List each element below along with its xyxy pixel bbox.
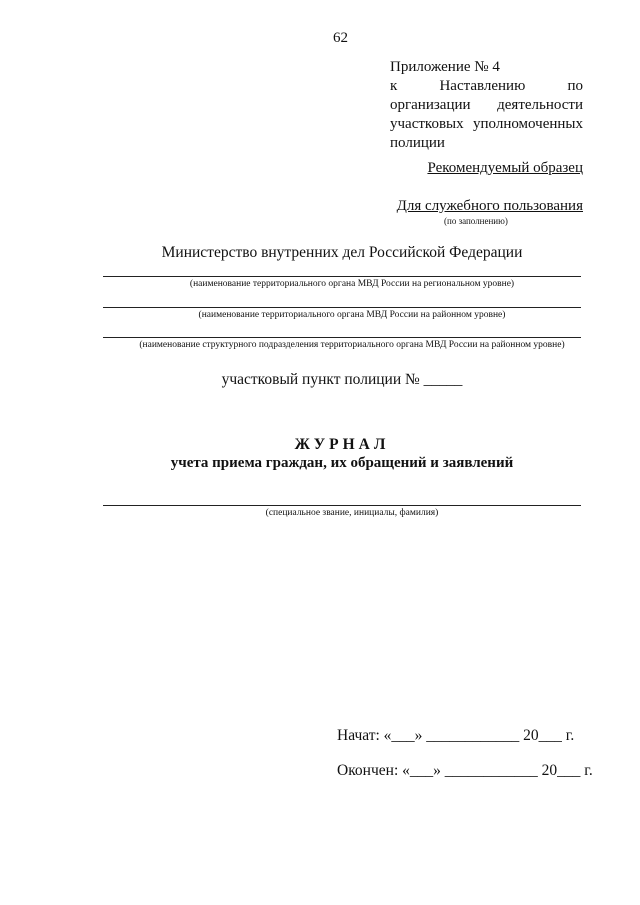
- journal-title: ЖУРНАЛ: [0, 436, 640, 454]
- journal-subtitle: учета приема граждан, их обращений и зая…: [0, 455, 640, 472]
- page-number: 62: [333, 30, 348, 47]
- appendix-line-5: полиции: [390, 134, 583, 153]
- restricted-use-label: Для служебного пользования: [397, 198, 583, 215]
- started-date: Начат: «___» ____________ 20___ г.: [337, 727, 574, 745]
- word: деятельности: [497, 96, 583, 115]
- word: уполномоченных: [473, 115, 583, 134]
- finished-date: Окончен: «___» ____________ 20___ г.: [337, 762, 593, 780]
- ministry-name: Министерство внутренних дел Российской Ф…: [0, 244, 640, 262]
- officer-line: [103, 505, 581, 506]
- appendix-line-1: Приложение № 4: [390, 58, 583, 77]
- appendix-header: Приложение № 4 к Наставлению по организа…: [390, 58, 583, 153]
- appendix-line-3: организации деятельности: [390, 96, 583, 115]
- word: участковых: [390, 115, 464, 134]
- police-post-number: участковый пункт полиции № _____: [0, 371, 640, 389]
- regional-body-caption: (наименование территориального органа МВ…: [60, 279, 640, 289]
- appendix-line-4: участковых уполномоченных: [390, 115, 583, 134]
- officer-caption: (специальное звание, инициалы, фамилия): [60, 508, 640, 518]
- word: Наставлению: [439, 77, 525, 96]
- word: организации: [390, 96, 471, 115]
- regional-body-line: [103, 276, 581, 277]
- restricted-use-note: (по заполнению): [444, 216, 508, 226]
- district-body-line: [103, 307, 581, 308]
- structural-unit-line: [103, 337, 581, 338]
- district-body-caption: (наименование территориального органа МВ…: [60, 310, 640, 320]
- structural-unit-caption: (наименование структурного подразделения…: [60, 340, 640, 350]
- appendix-line-2: к Наставлению по: [390, 77, 583, 96]
- recommended-sample-label: Рекомендуемый образец: [427, 160, 583, 177]
- word: к: [390, 77, 397, 96]
- word: по: [567, 77, 583, 96]
